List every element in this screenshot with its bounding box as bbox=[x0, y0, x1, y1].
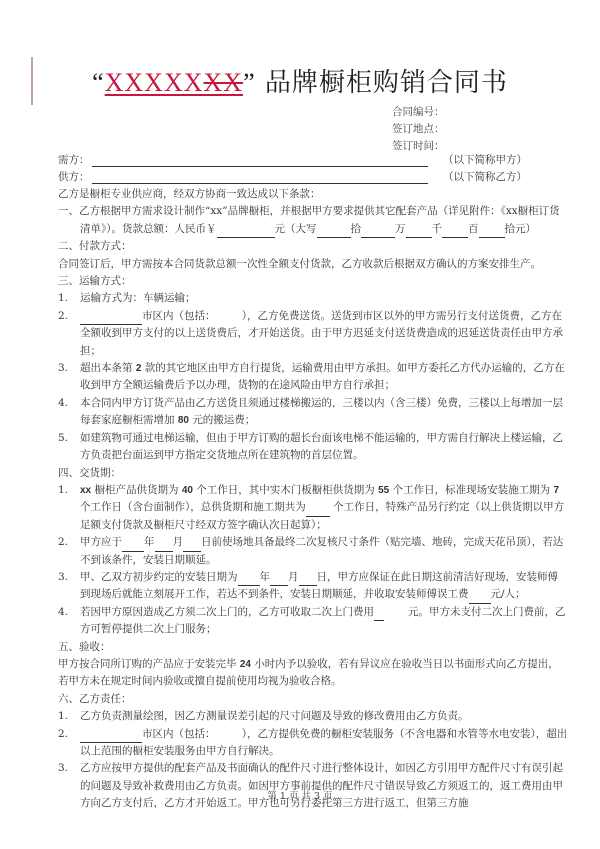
seller-row: 供方： （以下简称乙方） bbox=[58, 169, 430, 184]
month-label: 月 bbox=[288, 571, 299, 583]
list-item: 2.市区内（包括： ），乙方免费送货。送货到市区以外的甲方需另行支付送货费，乙方… bbox=[58, 308, 568, 360]
section-5-text-a: 甲方按合同所订购的产品应于安装完毕 bbox=[58, 658, 237, 670]
list-item: 1.运输方式为：车辆运输； bbox=[58, 290, 568, 307]
item-text: 超出本条第 bbox=[80, 362, 133, 374]
item-text: 个工作日，其中实木门板橱柜供货期为 bbox=[196, 484, 375, 496]
section-1: 一、乙方根据甲方需求设计制作“xx”品牌橱柜，并根据甲方要求提供其它配套产品（详… bbox=[58, 203, 568, 238]
item-number: 3. bbox=[58, 569, 68, 586]
item-text: 运输方式为：车辆运输； bbox=[80, 292, 196, 304]
brand-xx: xx bbox=[80, 485, 91, 496]
total-days-field[interactable] bbox=[306, 505, 330, 517]
month-field[interactable] bbox=[155, 540, 173, 552]
list-item: 3.甲、乙双方初步约定的安装日期为年月日，甲方应保证在此日期这前清洁好现场，安装… bbox=[58, 569, 568, 604]
item-number: 1. bbox=[58, 482, 68, 499]
list-item: 1.乙方负责测量绘图，因乙方测量误差引起的尺寸问题及导致的修改费用由乙方负责。 bbox=[58, 708, 568, 725]
document-title: “XXXXXXX” 品牌橱柜购销合同书 bbox=[0, 62, 600, 99]
section-4-heading: 四、交货期： bbox=[58, 465, 568, 482]
item-text: 元的搬运费； bbox=[192, 414, 255, 426]
close-quote: ” bbox=[243, 68, 256, 97]
amount-digit-field[interactable] bbox=[442, 226, 468, 238]
year-field[interactable] bbox=[238, 574, 260, 586]
contract-number-label: 合同编号： bbox=[392, 104, 445, 121]
list-item: 3.超出本条第 2 款的其它地区由甲方自行提货，运输费用由甲方承担。如甲方委托乙… bbox=[58, 360, 568, 395]
item-number: 3. bbox=[58, 760, 68, 777]
item-number: 3. bbox=[58, 360, 68, 377]
unit-label: 拾 bbox=[351, 223, 362, 235]
section-2-heading: 二、付款方式： bbox=[58, 238, 568, 255]
contract-body: 乙方是橱柜专业供应商，经双方协商一致达成以下条款： 一、乙方根据甲方需求设计制作… bbox=[58, 186, 568, 813]
item-text: 元/人； bbox=[491, 588, 526, 600]
item-text: 市区内（包括： ），乙方免费送货。送货到市区以外的甲方需另行支付送货费，乙方在全… bbox=[80, 310, 563, 357]
month-field[interactable] bbox=[270, 574, 288, 586]
seller-label: 供方： bbox=[58, 171, 90, 183]
year-label: 年 bbox=[144, 536, 155, 548]
title-text: 品牌橱柜购销合同书 bbox=[265, 68, 508, 98]
unit-label: 拾元） bbox=[505, 223, 537, 235]
item-text: 市区内（包括： ），乙方提供免费的橱柜安装服务（不含电器和水管等水电安装），超出… bbox=[80, 728, 567, 757]
list-item: 1.xx 橱柜产品供货期为 40 个工作日，其中实木门板橱柜供货期为 55 个工… bbox=[58, 482, 568, 534]
list-item: 5.如建筑物可通过电梯运输，但由于甲方订购的超长台面该电梯不能运输的，甲方需自行… bbox=[58, 430, 568, 465]
unit-label: 百 bbox=[468, 223, 479, 235]
buyer-label: 需方： bbox=[58, 154, 90, 166]
brand-text: XXXXX bbox=[105, 68, 204, 97]
item-text: 本合同内甲方订货产品由乙方送货且须通过楼梯搬运的，三楼以内（含三楼）免费，三楼以… bbox=[80, 397, 563, 426]
list-item: 3.乙方应按甲方提供的配套产品及书面确认的配件尺寸进行整体设计，如因乙方引用甲方… bbox=[58, 760, 568, 812]
item-number: 2. bbox=[58, 534, 68, 551]
delay-fee-field[interactable] bbox=[469, 592, 491, 604]
buyer-field[interactable] bbox=[92, 155, 428, 167]
item-text: 款的其它地区由甲方自行提货，运输费用由甲方承担。如甲方委托乙方代办运输的，乙方在… bbox=[80, 362, 565, 391]
item-number-value: 2 bbox=[136, 363, 142, 374]
item-number-value: 7 bbox=[553, 485, 559, 496]
item-number: 2. bbox=[58, 726, 68, 743]
page-footer: 第 1 页 共 3 页 bbox=[0, 788, 600, 802]
item-text: 橱柜产品供货期为 bbox=[94, 484, 178, 496]
seller-alias: （以下简称乙方） bbox=[443, 169, 527, 184]
contract-meta: 合同编号： 签订地点： 签订时间： bbox=[392, 104, 445, 155]
seller-field[interactable] bbox=[92, 172, 428, 184]
list-item: 4.本合同内甲方订货产品由乙方送货且须通过楼梯搬运的，三楼以内（含三楼）免费，三… bbox=[58, 395, 568, 430]
item-text: 个工作日（含台面制作），总供货期和施工期共为 bbox=[80, 501, 306, 513]
brand-placeholder: XXXXXXX bbox=[105, 68, 243, 97]
section-5-text: 甲方按合同所订购的产品应于安装完毕 24 小时内予以验收，若有异议应在验收当日以… bbox=[58, 656, 568, 691]
sign-place-label: 签订地点： bbox=[392, 121, 445, 138]
year-label: 年 bbox=[260, 571, 271, 583]
amount-digit-field[interactable] bbox=[361, 226, 395, 238]
item-text: 如建筑物可通过电梯运输，但由于甲方订购的超长台面该电梯不能运输的，甲方需自行解决… bbox=[80, 432, 563, 461]
buyer-alias: （以下简称甲方） bbox=[443, 152, 527, 167]
item-number-value: 80 bbox=[178, 415, 189, 426]
list-item: 4.若因甲方原因造成乙方须二次上门的，乙方可收取二次上门费用元。甲方未支付二次上… bbox=[58, 604, 568, 639]
list-item: 2.甲方应于年月日前使场地具备最终二次复核尺寸条件（贴完墙、地砖，完成天花吊顶）… bbox=[58, 534, 568, 569]
amount-digit-field[interactable] bbox=[317, 226, 351, 238]
open-quote: “ bbox=[92, 68, 105, 97]
item-text: 个工作日，标准现场安装施工期为 bbox=[393, 484, 551, 496]
item-number: 4. bbox=[58, 604, 68, 621]
month-label: 月 bbox=[173, 536, 184, 548]
section-2-text: 合同签订后，甲方需按本合同货款总额一次性全额支付货款，乙方收款后根据双方确认的方… bbox=[58, 256, 568, 273]
item-number: 2. bbox=[58, 308, 68, 325]
amount-unit: 元（大写 bbox=[275, 223, 317, 235]
item-text: 甲、乙双方初步约定的安装日期为 bbox=[80, 571, 238, 583]
item-number-value: 55 bbox=[378, 485, 389, 496]
amount-digit-field[interactable] bbox=[406, 226, 432, 238]
section-3-heading: 三、运输方式： bbox=[58, 273, 568, 290]
item-number-value: 40 bbox=[182, 485, 193, 496]
item-number: 4. bbox=[58, 395, 68, 412]
item-number: 1. bbox=[58, 708, 68, 725]
brand-struck-text: XX bbox=[204, 68, 244, 97]
item-number: 5. bbox=[58, 430, 68, 447]
city-field[interactable] bbox=[80, 731, 142, 743]
day-field[interactable] bbox=[183, 540, 201, 552]
item-number: 1. bbox=[58, 290, 68, 307]
amount-field[interactable] bbox=[217, 226, 275, 238]
item-text: 乙方负责测量绘图，因乙方测量误差引起的尺寸问题及导致的修改费用由乙方负责。 bbox=[80, 710, 469, 722]
item-text: 乙方应按甲方提供的配套产品及书面确认的配件尺寸进行整体设计，如因乙方引用甲方配件… bbox=[80, 762, 563, 809]
day-field[interactable] bbox=[299, 574, 317, 586]
item-text: 甲方应于 bbox=[80, 536, 122, 548]
year-field[interactable] bbox=[122, 540, 144, 552]
hours-value: 24 bbox=[240, 659, 251, 670]
revisit-fee-field[interactable] bbox=[374, 609, 384, 621]
unit-label: 千 bbox=[432, 223, 443, 235]
buyer-row: 需方： （以下简称甲方） bbox=[58, 152, 430, 167]
unit-label: 万 bbox=[395, 223, 406, 235]
list-item: 2.市区内（包括： ），乙方提供免费的橱柜安装服务（不含电器和水管等水电安装），… bbox=[58, 726, 568, 761]
item-text: 若因甲方原因造成乙方须二次上门的，乙方可收取二次上门费用 bbox=[80, 606, 374, 618]
section-5-heading: 五、验收： bbox=[58, 639, 568, 656]
section-6-heading: 六、乙方责任： bbox=[58, 691, 568, 708]
amount-digit-field[interactable] bbox=[479, 226, 505, 238]
intro-text: 乙方是橱柜专业供应商，经双方协商一致达成以下条款： bbox=[58, 186, 568, 203]
city-field[interactable] bbox=[80, 313, 142, 325]
